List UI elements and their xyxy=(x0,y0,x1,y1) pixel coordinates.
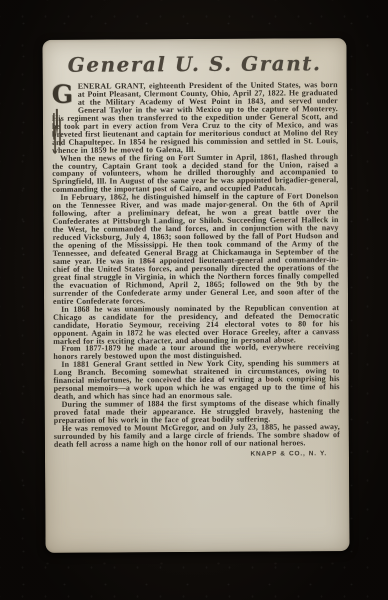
trading-card-back: General U. S. Grant. G ENERAL GRANT, eig… xyxy=(42,38,349,553)
paragraph-illness: During the summer of 1884 the first symp… xyxy=(54,399,340,425)
publisher-credit: KNAPP & CO., N. Y. xyxy=(54,450,327,460)
card-title: General U. S. Grant. xyxy=(43,51,347,77)
paragraph-memoirs: In 1881 General Grant settled in New Yor… xyxy=(53,359,339,401)
dropcap-letter: G xyxy=(52,83,75,107)
biography-text: G ENERAL GRANT, eighteenth President of … xyxy=(43,81,349,460)
paragraph-civil-war: In February, 1862, he distinguished hims… xyxy=(52,192,339,305)
ornate-initial: G xyxy=(52,83,75,108)
paragraph-fort-sumter: When the news of the firing on Fort Sumt… xyxy=(52,153,338,195)
paragraph-death: He was removed to Mount McGregor, and on… xyxy=(54,423,340,449)
photo-background: General U. S. Grant. G ENERAL GRANT, eig… xyxy=(0,0,388,600)
paragraph-presidency: In 1868 he was unanimously nominated by … xyxy=(53,304,339,346)
paragraph-birth-mexico: G ENERAL GRANT, eighteenth President of … xyxy=(52,81,338,154)
paragraph-1-text: ENERAL GRANT, eighteenth President of th… xyxy=(52,80,338,154)
